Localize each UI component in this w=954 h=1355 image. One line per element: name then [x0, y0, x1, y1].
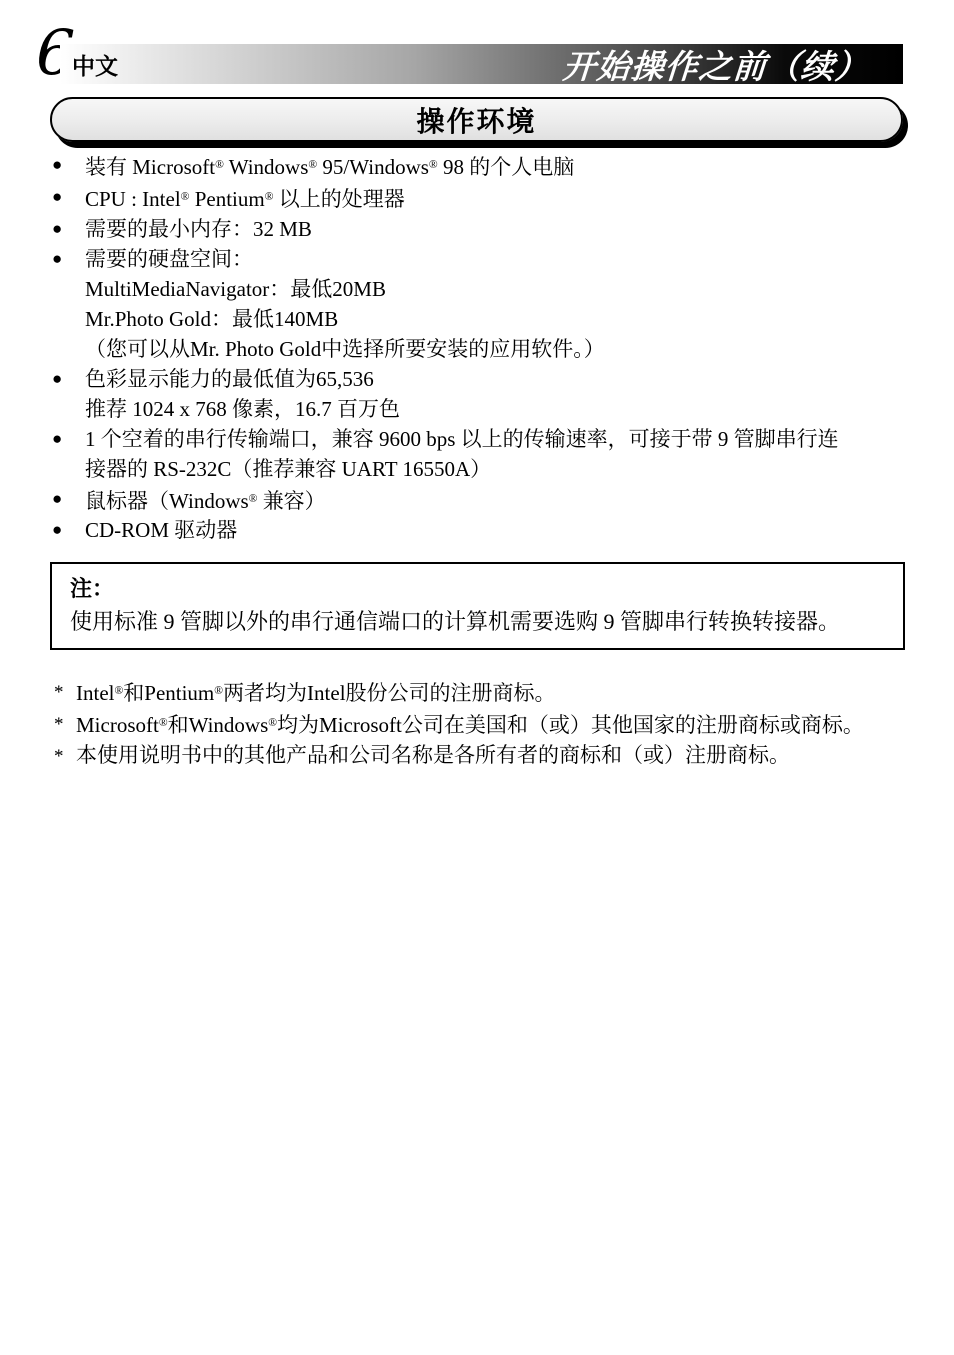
requirement-row: 推荐 1024 x 768 像素，16.7 百万色 [52, 394, 912, 424]
requirement-row: ● CD-ROM 驱动器 [52, 515, 912, 545]
heading-pill: 操作环境 [50, 97, 903, 142]
requirement-row: 接器的 RS-232C（推荐兼容 UART 16550A） [52, 454, 912, 484]
footnote-text: Microsoft®和Windows®均为Microsoft公司在美国和（或）其… [76, 713, 864, 737]
bullet-dot: ● [52, 424, 85, 454]
requirement-text: 推荐 1024 x 768 像素，16.7 百万色 [85, 394, 912, 424]
language-label: 中文 [60, 48, 118, 81]
requirement-text: Mr.Photo Gold：最低140MB [85, 304, 912, 334]
bullet-dot: ● [52, 364, 85, 394]
asterisk-marker: * [54, 678, 64, 708]
bullet-dot [52, 454, 85, 484]
section-title: 开始操作之前（续） [561, 41, 904, 88]
requirement-row: ● 需要的硬盘空间： [52, 244, 912, 274]
requirement-text: CPU : Intel® Pentium® 以上的处理器 [85, 182, 912, 214]
note-box: 注： 使用标准 9 管脚以外的串行通信端口的计算机需要选购 9 管脚串行转换转接… [50, 562, 905, 650]
bullet-dot: ● [52, 484, 85, 516]
footnote-item: * Intel®和Pentium®两者均为Intel股份公司的注册商标。 [52, 676, 914, 708]
footnote-text: Intel®和Pentium®两者均为Intel股份公司的注册商标。 [76, 681, 556, 705]
requirement-text: 需要的硬盘空间： [85, 244, 912, 274]
bullet-dot [52, 274, 85, 304]
footnote-item: * 本使用说明书中的其他产品和公司名称是各所有者的商标和（或）注册商标。 [52, 740, 914, 770]
bullet-dot [52, 394, 85, 424]
requirement-row: ● 色彩显示能力的最低值为65,536 [52, 364, 912, 394]
requirement-text: 鼠标器（Windows® 兼容） [85, 484, 912, 516]
bullet-dot [52, 304, 85, 334]
bullet-dot [52, 334, 85, 364]
requirement-text: 色彩显示能力的最低值为65,536 [85, 364, 912, 394]
requirement-text: 1 个空着的串行传输端口，兼容 9600 bps 以上的传输速率，可接于带 9 … [85, 424, 912, 454]
bullet-dot: ● [52, 214, 85, 244]
bullet-dot: ● [52, 150, 85, 182]
masthead-gradient-bar: 中文 开始操作之前（续） [60, 44, 903, 84]
asterisk-marker: * [54, 710, 64, 740]
note-text: 使用标准 9 管脚以外的串行通信端口的计算机需要选购 9 管脚串行转换转接器。 [70, 605, 885, 638]
footnote-item: * Microsoft®和Windows®均为Microsoft公司在美国和（或… [52, 708, 914, 740]
requirement-row: （您可以从Mr. Photo Gold中选择所要安装的应用软件。） [52, 334, 912, 364]
requirement-text: 需要的最小内存：32 MB [85, 214, 912, 244]
heading-title: 操作环境 [416, 100, 536, 140]
requirements-list: ● 装有 Microsoft® Windows® 95/Windows® 98 … [52, 150, 912, 545]
requirement-row: MultiMediaNavigator：最低20MB [52, 274, 912, 304]
requirement-row: ● 需要的最小内存：32 MB [52, 214, 912, 244]
requirement-text: CD-ROM 驱动器 [85, 515, 912, 545]
requirement-row: ● CPU : Intel® Pentium® 以上的处理器 [52, 182, 912, 214]
bullet-dot: ● [52, 244, 85, 274]
requirement-text: MultiMediaNavigator：最低20MB [85, 274, 912, 304]
requirement-text: 装有 Microsoft® Windows® 95/Windows® 98 的个… [85, 150, 912, 182]
requirement-text: （您可以从Mr. Photo Gold中选择所要安装的应用软件。） [85, 334, 912, 364]
asterisk-marker: * [54, 742, 64, 772]
requirement-row: Mr.Photo Gold：最低140MB [52, 304, 912, 334]
footnotes: * Intel®和Pentium®两者均为Intel股份公司的注册商标。 * M… [52, 676, 914, 770]
bullet-dot: ● [52, 515, 85, 545]
requirement-row: ● 1 个空着的串行传输端口，兼容 9600 bps 以上的传输速率，可接于带 … [52, 424, 912, 454]
note-label: 注： [70, 572, 885, 605]
bullet-dot: ● [52, 182, 85, 214]
requirement-row: ● 鼠标器（Windows® 兼容） [52, 484, 912, 516]
footnote-text: 本使用说明书中的其他产品和公司名称是各所有者的商标和（或）注册商标。 [76, 743, 790, 767]
requirement-row: ● 装有 Microsoft® Windows® 95/Windows® 98 … [52, 150, 912, 182]
manual-page: 6 中文 开始操作之前（续） 操作环境 ● 装有 Microsoft® Wind… [0, 0, 954, 1355]
requirement-text: 接器的 RS-232C（推荐兼容 UART 16550A） [85, 454, 912, 484]
